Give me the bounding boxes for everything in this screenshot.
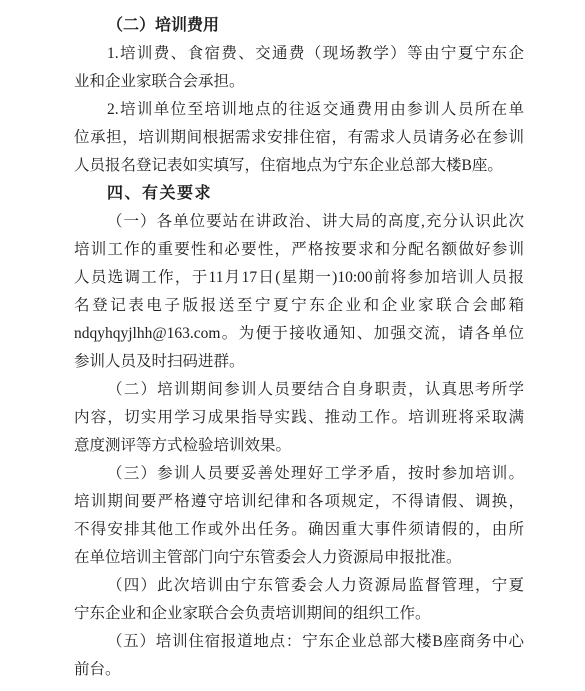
text-line: 不得安排其他工作或外出任务。确因重大事件须请假的，由所 [74,516,524,544]
text-line: （四）此次培训由宁东管委会人力资源局监督管理，宁夏 [74,572,524,600]
paragraph: 2.培训单位至培训地点的往返交通费用由参训人员所在单位承担，培训期间根据需求安排… [74,96,524,180]
paragraph: （四）此次培训由宁东管委会人力资源局监督管理，宁夏宁东企业和企业家联合会负责培训… [74,572,524,628]
paragraph: 1.培训费、食宿费、交通费（现场教学）等由宁夏宁东企业和企业家联合会承担。 [74,40,524,96]
text-line: 培训工作的重要性和必要性，严格按要求和分配名额做好参训 [74,236,524,264]
text-line: 1.培训费、食宿费、交通费（现场教学）等由宁夏宁东企 [74,40,524,68]
text-line: 在单位培训主管部门向宁东管委会人力资源局申报批准。 [74,544,524,572]
paragraph: （三）参训人员要妥善处理好工学矛盾，按时参加培训。培训期间要严格遵守培训纪律和各… [74,460,524,572]
text-line: 人员选调工作，于11月17日(星期一)10:00前将参加培训人员报 [74,264,524,292]
document-body: （二）培训费用1.培训费、食宿费、交通费（现场教学）等由宁夏宁东企业和企业家联合… [74,12,524,684]
text-line: 内容，切实用学习成果指导实践、推动工作。培训班将采取满 [74,404,524,432]
section-heading: （二）培训费用 [74,12,524,40]
text-line: 人员报名登记表如实填写，住宿地点为宁东企业总部大楼B座。 [74,152,524,180]
paragraph: （一）各单位要站在讲政治、讲大局的高度,充分认识此次培训工作的重要性和必要性，严… [74,208,524,376]
text-line: 宁东企业和企业家联合会负责培训期间的组织工作。 [74,600,524,628]
text-line: 参训人员及时扫码进群。 [74,348,524,376]
text-line: 2.培训单位至培训地点的往返交通费用由参训人员所在单 [74,96,524,124]
document-page: （二）培训费用1.培训费、食宿费、交通费（现场教学）等由宁夏宁东企业和企业家联合… [0,0,585,691]
paragraph: （五）培训住宿报道地点：宁东企业总部大楼B座商务中心前台。 [74,628,524,684]
text-line: （二）培训期间参训人员要结合自身职责，认真思考所学 [74,376,524,404]
paragraph: （二）培训期间参训人员要结合自身职责，认真思考所学内容，切实用学习成果指导实践、… [74,376,524,460]
text-line: 培训期间要严格遵守培训纪律和各项规定，不得请假、调换， [74,488,524,516]
text-line: （五）培训住宿报道地点：宁东企业总部大楼B座商务中心 [74,628,524,656]
text-line: 位承担，培训期间根据需求安排住宿，有需求人员请务必在参训 [74,124,524,152]
section-heading: 四、有关要求 [74,180,524,208]
text-line: （三）参训人员要妥善处理好工学矛盾，按时参加培训。 [74,460,524,488]
text-line: 前台。 [74,656,524,684]
text-line: （一）各单位要站在讲政治、讲大局的高度,充分认识此次 [74,208,524,236]
text-line: ndqyhqyjlhh@163.com。为便于接收通知、加强交流，请各单位 [74,320,524,348]
text-line: 名登记表电子版报送至宁夏宁东企业和企业家联合会邮箱 [74,292,524,320]
text-line: 意度测评等方式检验培训效果。 [74,432,524,460]
text-line: 业和企业家联合会承担。 [74,68,524,96]
